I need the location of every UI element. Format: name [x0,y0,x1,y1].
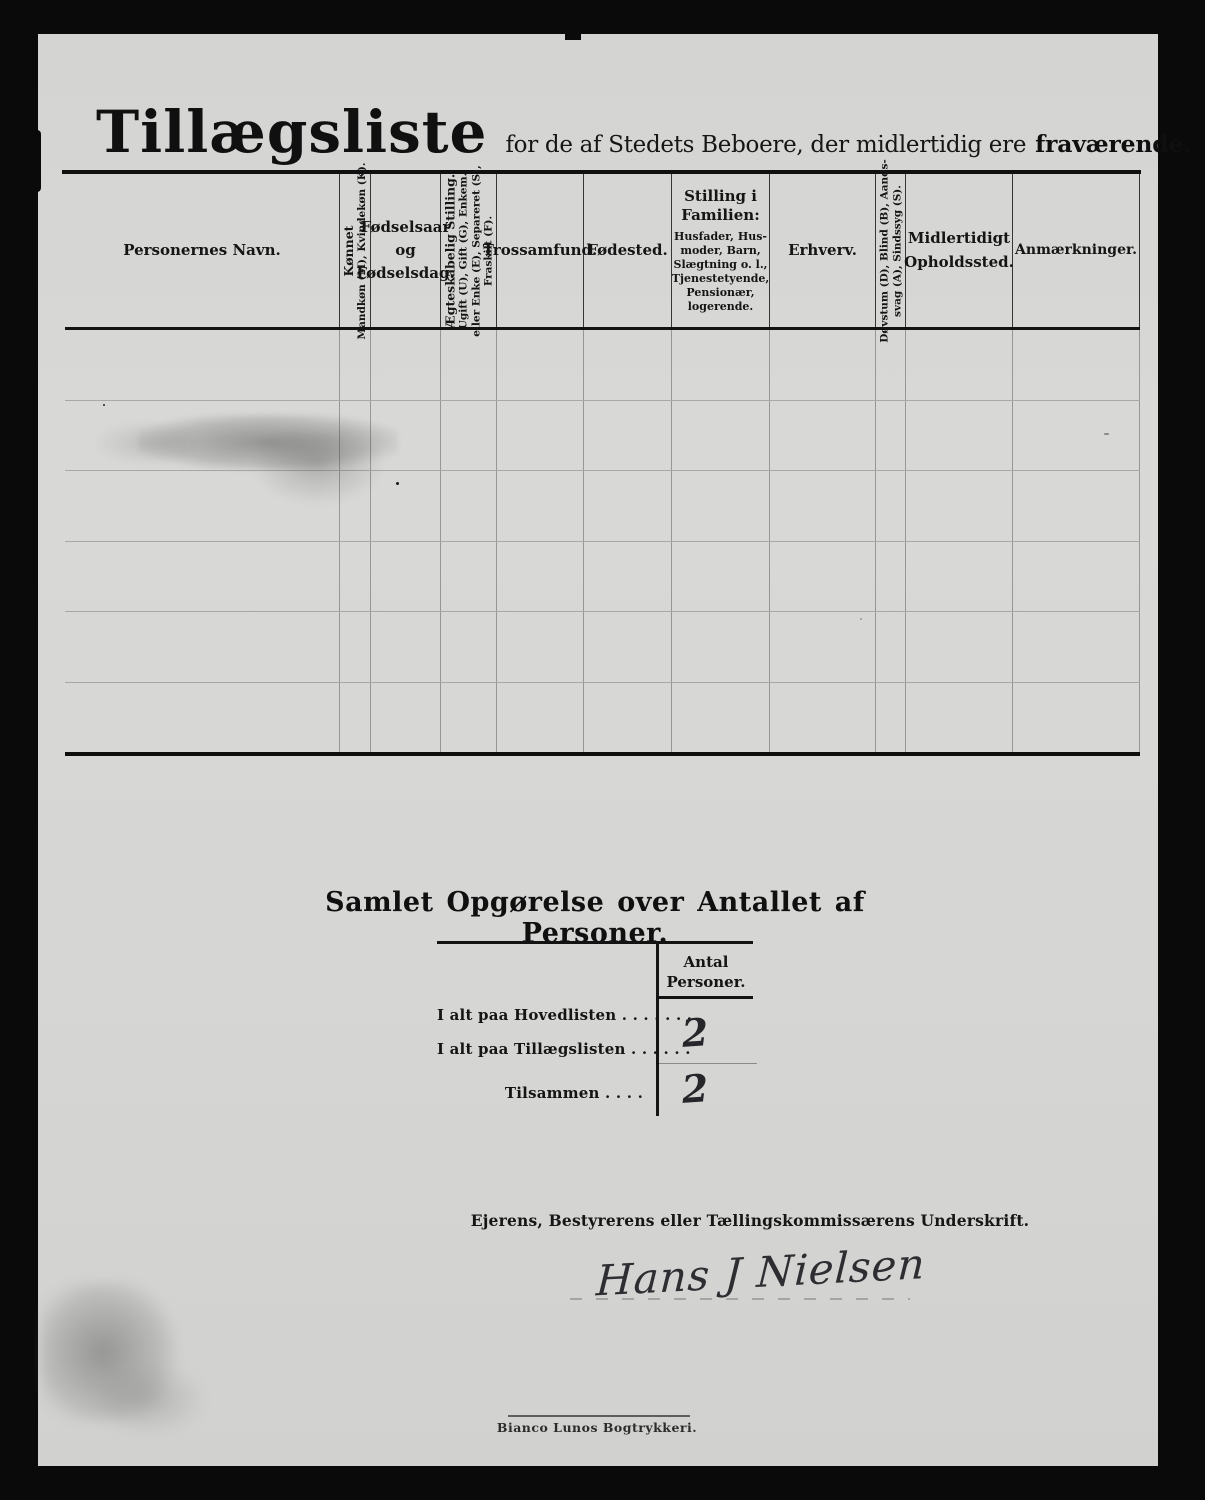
table-cell [906,330,1013,400]
table-cell [497,401,584,471]
table-cell [672,330,770,400]
header-col-trossamfund: Trossamfund. [497,174,584,327]
header-label: Fødselsdag. [356,262,454,285]
header-col-anmaerkninger: Anmærkninger. [1013,174,1140,327]
table-row [65,683,1140,753]
table-cell [1013,401,1140,471]
handwritten-count-tillaegslisten: 2 [664,1008,727,1057]
table-cell [441,683,497,753]
summary-row-label-hovedlisten: I alt paa Hovedlisten . . . . . . . [437,1006,643,1024]
table-cell [340,542,371,612]
header-col-erhverv: Erhverv. [770,174,876,327]
table-cell [497,683,584,753]
table-cell [371,401,441,471]
table-row [65,401,1140,472]
title-main: Tillægsliste [96,98,487,166]
summary-title: Samlet Opgørelse over Antallet af Person… [295,887,895,949]
table-cell [584,542,672,612]
header-label: Erhverv. [788,239,857,262]
header-label: Midlertidigt [908,227,1010,250]
table-cell [584,401,672,471]
table-cell [340,612,371,682]
summary-header-rule [656,996,753,999]
table-cell [1013,683,1140,753]
table-cell [441,542,497,612]
summary-column-header-line: Antal [659,952,753,972]
header-sublabel: Tjenestetyende, [672,272,769,286]
table-cell [441,471,497,541]
table-cell [672,401,770,471]
header-label: og [395,239,416,262]
table-cell [65,683,340,753]
table-cell [876,683,906,753]
header-label: svag (A), Sindssyg (S). [891,159,904,343]
table-cell [770,612,876,682]
table-cell [497,471,584,541]
signature-caption: Ejerens, Bestyrerens eller Tællingskommi… [450,1211,1050,1230]
rotated-header-text: Døvstum (D), Blind (B), Aands- svag (A),… [878,159,903,343]
handwritten-count-tilsammen: 2 [664,1064,727,1113]
header-label: Stilling i [684,187,757,206]
header-label: Døvstum (D), Blind (B), Aands- [878,159,891,343]
table-cell [371,683,441,753]
paper-speck [860,618,862,620]
handwritten-signature: Hans J Nielsen [595,1240,917,1306]
header-sublabel: logerende. [688,300,754,314]
header-sublabel: moder, Barn, [680,244,760,258]
table-cell [371,330,441,400]
header-col-doevstum: Døvstum (D), Blind (B), Aands- svag (A),… [876,174,906,327]
header-label: Trossamfund. [483,239,597,262]
header-col-personernes-navn: Personernes Navn. [65,174,340,327]
paper-speck [103,404,105,406]
table-cell [497,330,584,400]
table-cell [770,471,876,541]
table-cell [770,683,876,753]
table-cell [770,542,876,612]
table-cell [1013,542,1140,612]
table-cell [876,330,906,400]
table-cell [672,683,770,753]
table-body [65,330,1140,756]
table-cell [1013,471,1140,541]
census-form-page: Tillægsliste for de af Stedets Beboere, … [38,34,1158,1466]
table-header: Personernes Navn. Kønnet Mandkøn (M), Kv… [65,174,1140,330]
table-cell [672,542,770,612]
header-sublabel: Mandkøn (M), Kvindekøn (K). [356,162,369,339]
summary-row-label-tilsammen: Tilsammen . . . . [437,1084,643,1102]
table-cell [371,612,441,682]
table-cell [906,612,1013,682]
header-label: Anmærkninger. [1015,240,1137,262]
printer-imprint: Bianco Lunos Bogtrykkeri. [447,1420,747,1435]
header-sublabel: Ugift (U), Gift (G), Enkem. [457,165,470,337]
title-subtitle: for de af Stedets Beboere, der midlertid… [505,132,1026,158]
paper-edge-mark [32,130,41,192]
table-cell [497,542,584,612]
table-cell [770,401,876,471]
table-cell [441,330,497,400]
paper-notch [565,30,581,40]
footer-rule [508,1415,690,1417]
table-cell [770,330,876,400]
header-label: Personernes Navn. [123,239,281,262]
table-cell [65,401,340,471]
table-row [65,612,1140,683]
table-cell [906,542,1013,612]
header-label: Ægteskabelig Stilling. [442,165,457,337]
table-cell [672,612,770,682]
table-cell [441,401,497,471]
header-col-midlertidigt-opholdssted: Midlertidigt Opholdssted. [906,174,1013,327]
table-cell [1013,330,1140,400]
header-col-foedselsaar: Fødselsaar og Fødselsdag. [371,174,441,327]
header-label: Opholdssted. [904,251,1014,274]
header-sublabel: Pensionær, [686,286,754,300]
table-row [65,542,1140,613]
table-cell [584,471,672,541]
table-cell [876,401,906,471]
table-cell [497,612,584,682]
table-cell [371,542,441,612]
table-cell [340,683,371,753]
scanned-census-sheet: { "colors": { "background_frame": "#0a0a… [0,0,1205,1500]
table-cell [371,471,441,541]
table-cell [340,471,371,541]
paper-speck [1104,433,1109,435]
header-col-koennet: Kønnet Mandkøn (M), Kvindekøn (K). [340,174,371,327]
page-title: Tillægsliste for de af Stedets Beboere, … [96,98,1191,166]
summary-row-label-tillaegslisten: I alt paa Tillægslisten . . . . . . [437,1040,643,1058]
table-cell [876,542,906,612]
table-cell [672,471,770,541]
table-cell [584,330,672,400]
paper-stain [93,1364,203,1434]
header-sublabel: Husfader, Hus- [674,230,767,244]
table-cell [584,612,672,682]
header-sublabel: eller Enke (E), Separeret (S), [470,165,483,337]
table-cell [876,471,906,541]
summary-column-header-line: Personer. [659,972,753,992]
header-col-foedested: Fødested. [584,174,672,327]
rotated-header-text: Kønnet Mandkøn (M), Kvindekøn (K). [341,162,369,339]
header-label: Familien: [681,206,760,225]
table-cell [1013,612,1140,682]
header-col-stilling-i-familien: Stilling i Familien: Husfader, Hus- mode… [672,174,770,327]
table-cell [906,683,1013,753]
header-label: Fødselsaar [361,216,451,239]
header-sublabel: Slægtning o. l., [674,258,768,272]
table-row [65,330,1140,401]
table-cell [906,401,1013,471]
table-cell [876,612,906,682]
table-cell [906,471,1013,541]
table-cell [65,471,340,541]
table-cell [584,683,672,753]
summary-row-rule [656,1063,757,1064]
summary-table: Antal Personer. I alt paa Hovedlisten . … [437,941,753,1117]
paper-speck [396,482,399,485]
table-row [65,471,1140,542]
header-label: Fødested. [587,239,668,262]
table-cell [441,612,497,682]
title-emphasis: fraværende. [1035,130,1191,158]
table-cell [340,401,371,471]
summary-column-header: Antal Personer. [659,952,753,993]
table-cell [340,330,371,400]
header-label: Kønnet [341,162,356,339]
table-cell [65,330,340,400]
table-cell [65,612,340,682]
table-cell [65,542,340,612]
